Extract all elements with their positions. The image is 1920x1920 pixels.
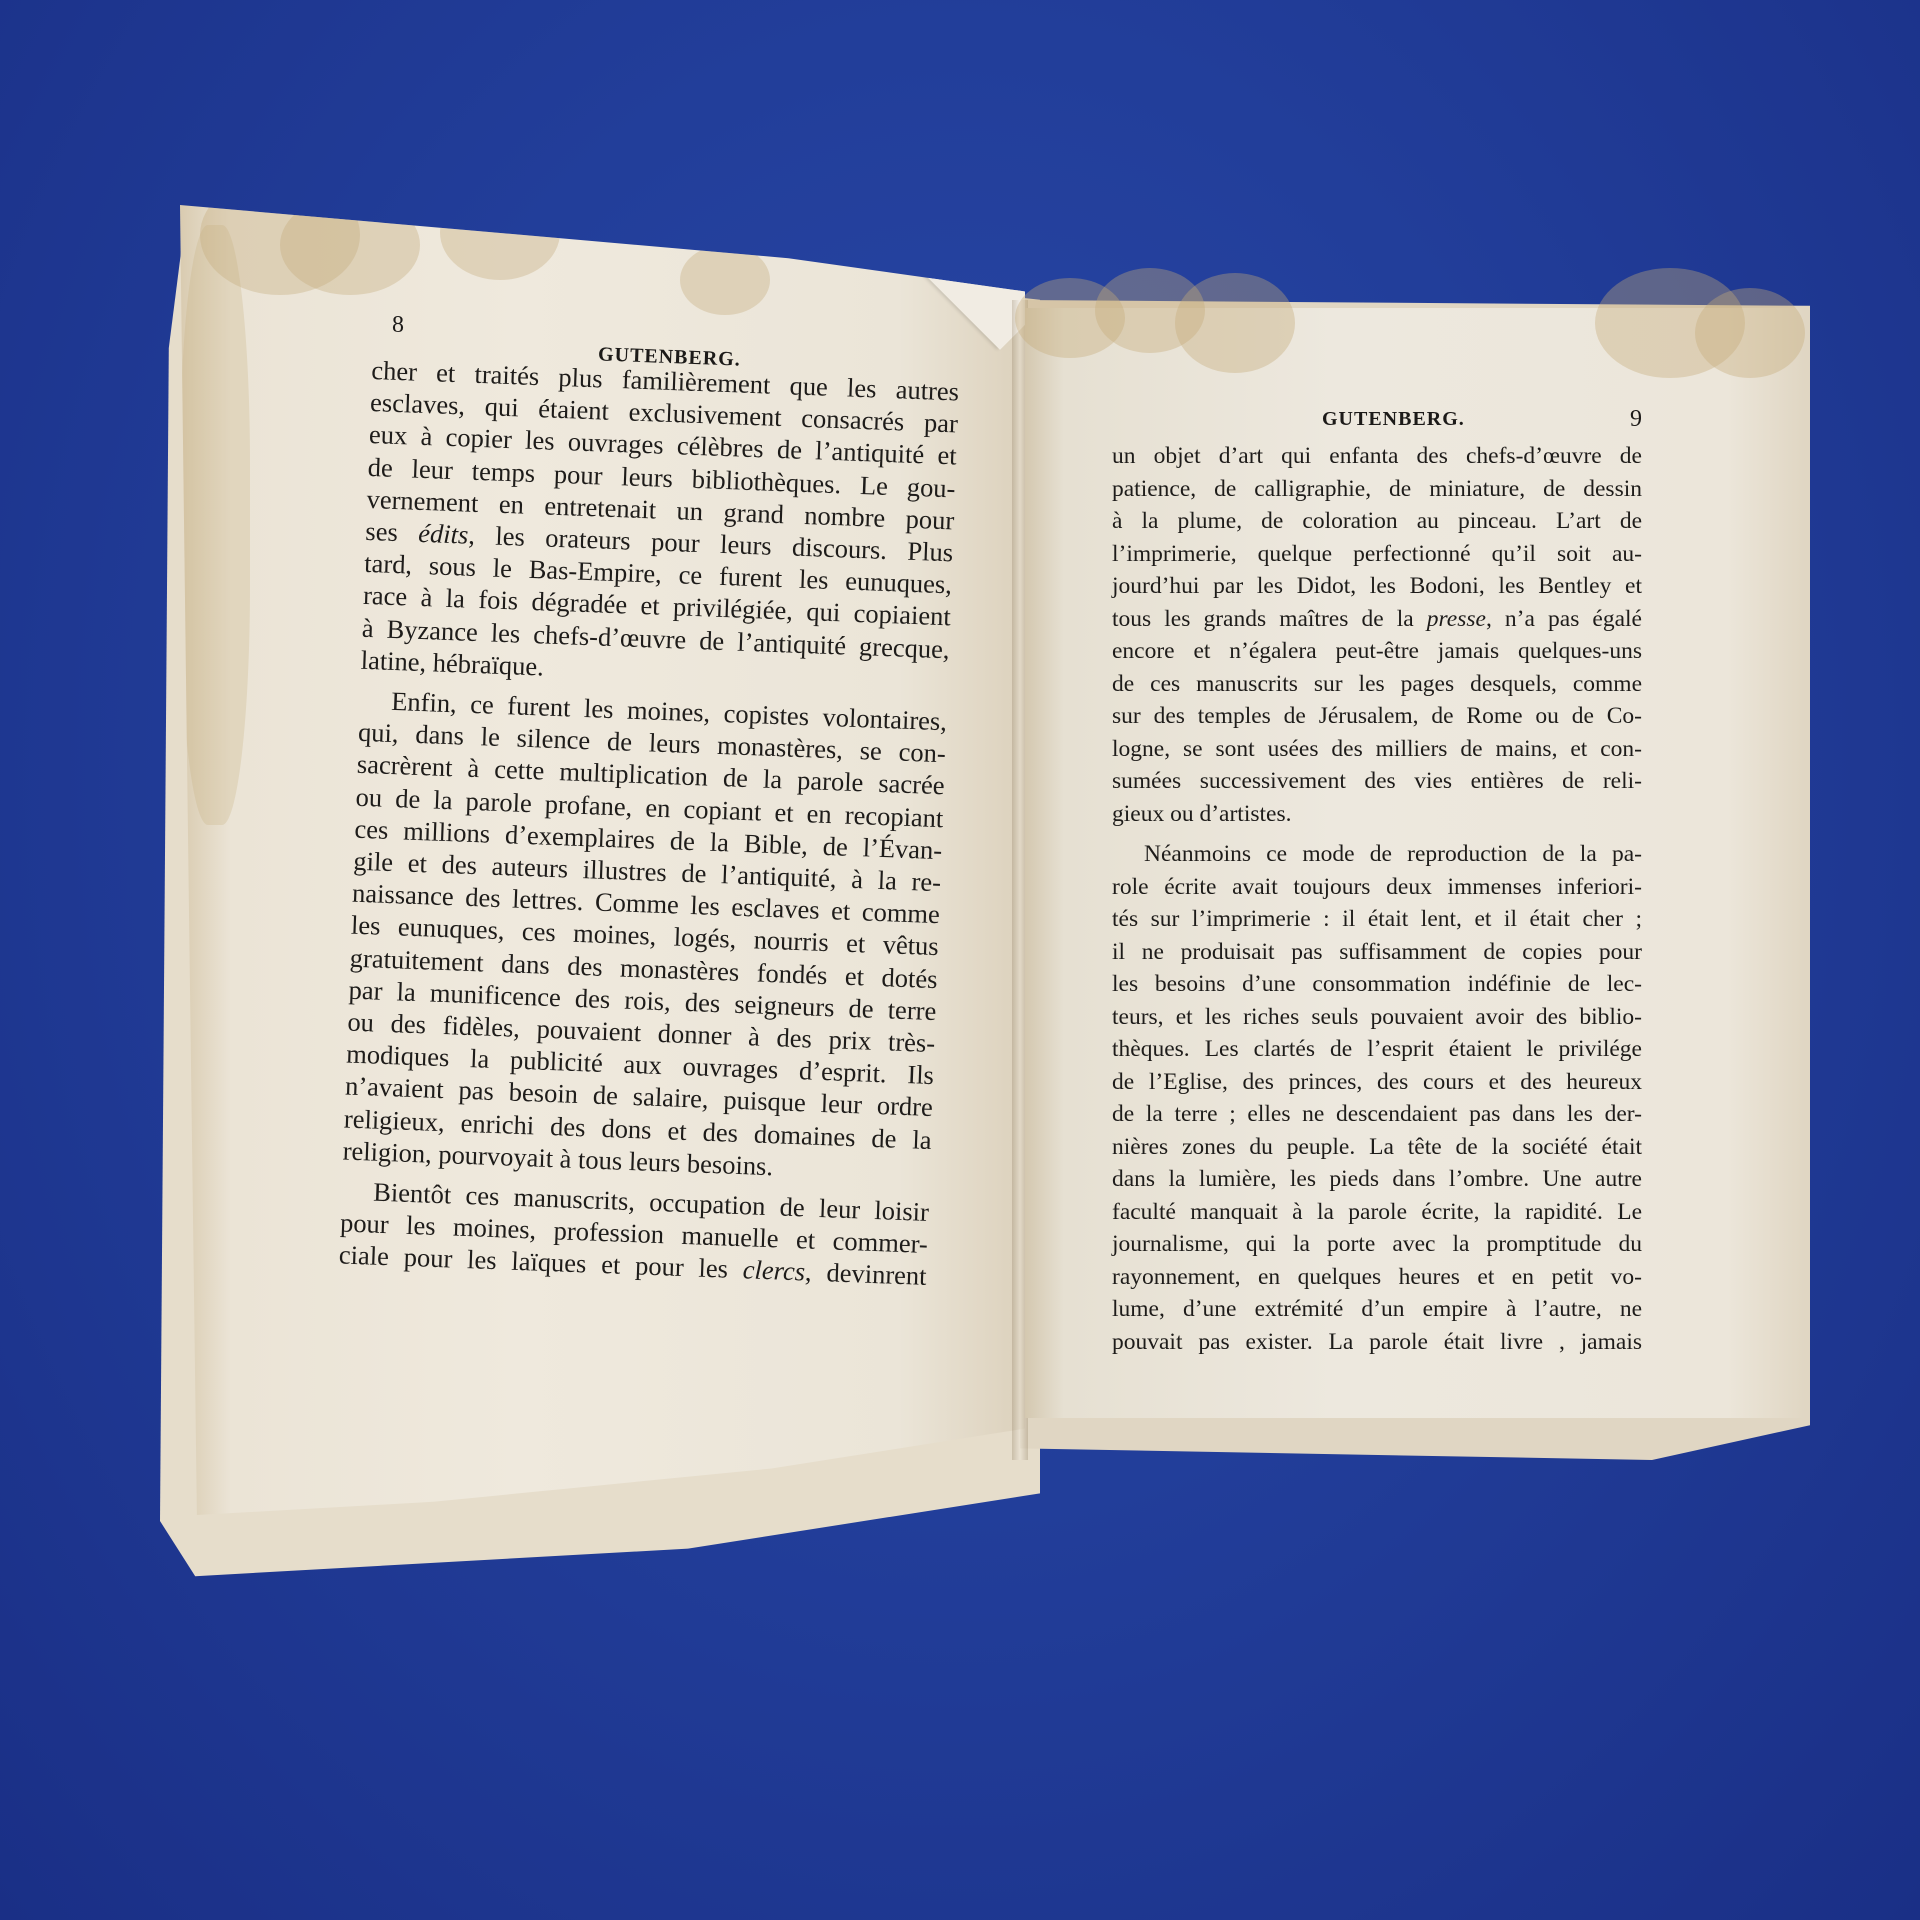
- italic-word: édits: [418, 518, 469, 550]
- text-line: patience, de calligraphie, de miniature,…: [1112, 473, 1642, 506]
- text-line: sur des temples de Jérusalem, de Rome ou…: [1112, 700, 1642, 733]
- text-line: role écrite avait toujours deux immenses…: [1112, 871, 1642, 904]
- text-line: sumées successivement des vies entières …: [1112, 765, 1642, 798]
- text-line: encore et n’égalera peut-être jamais que…: [1112, 635, 1642, 668]
- text-line: de la terre ; elles ne descendaient pas …: [1112, 1098, 1642, 1131]
- right-page-text: un objet d’art qui enfanta des chefs-d’œ…: [1112, 440, 1642, 1358]
- text-line: teurs, et les riches seuls pouvaient avo…: [1112, 1001, 1642, 1034]
- text-line: de l’Eglise, des princes, des cours et d…: [1112, 1066, 1642, 1099]
- text-line: faculté manquait à la parole écrite, la …: [1112, 1196, 1642, 1229]
- text-line: un objet d’art qui enfanta des chefs-d’œ…: [1112, 440, 1642, 473]
- water-stain: [680, 245, 770, 315]
- water-stain: [440, 185, 560, 280]
- text-line: gieux ou d’artistes.: [1112, 798, 1642, 831]
- text-line: tés sur l’imprimerie : il était lent, et…: [1112, 903, 1642, 936]
- text-line: dans la lumière, les pieds dans l’ombre.…: [1112, 1163, 1642, 1196]
- text-line: lume, d’une extrémité d’un empire à l’au…: [1112, 1293, 1642, 1326]
- water-stain: [1175, 273, 1295, 373]
- water-stain: [1695, 288, 1805, 378]
- text-line: rayonnement, en quelques heures et en pe…: [1112, 1261, 1642, 1294]
- left-page-text: cher et traités plus familièrement que l…: [338, 354, 959, 1293]
- page-number-left: 8: [392, 312, 404, 339]
- text-line: l’imprimerie, quelque perfectionné qu’il…: [1112, 538, 1642, 571]
- italic-word: clercs: [742, 1255, 805, 1287]
- running-head-right: GUTENBERG.: [1322, 408, 1465, 431]
- text-line: logne, se sont usées des milliers de mai…: [1112, 733, 1642, 766]
- text-line: il ne produisait pas suffisamment de cop…: [1112, 936, 1642, 969]
- text-line: journalisme, qui la porte avec la prompt…: [1112, 1228, 1642, 1261]
- italic-word: presse: [1427, 606, 1486, 632]
- text-line: jourd’hui par les Didot, les Bodoni, les…: [1112, 570, 1642, 603]
- text-line: thèques. Les clartés de l’esprit étaient…: [1112, 1033, 1642, 1066]
- edge-stain: [180, 225, 250, 825]
- text-line: les besoins d’une consommation indéfinie…: [1112, 968, 1642, 1001]
- paragraph-start: Néanmoins ce mode de reproduction de la …: [1112, 838, 1642, 871]
- text-line: tous les grands maîtres de la presse, n’…: [1112, 603, 1642, 636]
- water-stain: [280, 195, 420, 295]
- text-line: à la plume, de coloration au pinceau. L’…: [1112, 505, 1642, 538]
- text-line: pouvait pas exister. La parole était liv…: [1112, 1326, 1642, 1359]
- text-line: nières zones du peuple. La tête de la so…: [1112, 1131, 1642, 1164]
- open-book: 8 GUTENBERG. cher et traités plus famili…: [0, 0, 1920, 1920]
- page-number-right: 9: [1630, 406, 1642, 433]
- text-line: de ces manuscrits sur les pages desquels…: [1112, 668, 1642, 701]
